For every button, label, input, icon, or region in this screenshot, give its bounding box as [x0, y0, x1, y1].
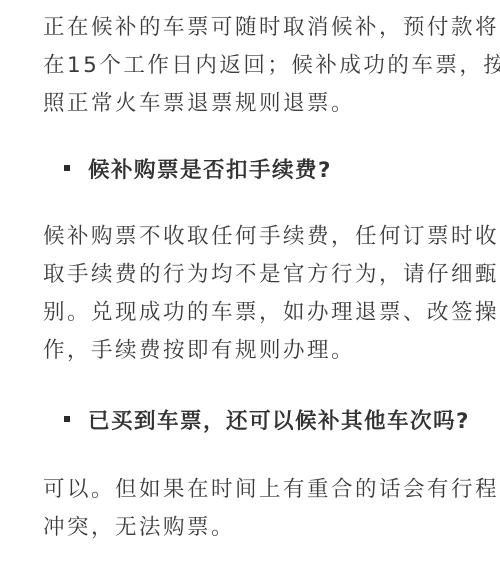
heading-text: 已买到车票，还可以候补其他车次吗? — [88, 404, 470, 435]
paragraph-line: 在15个工作日内返回；候补成功的车票，按 — [43, 47, 463, 85]
square-bullet-icon — [64, 416, 70, 422]
paragraph-line: 作，手续费按即有规则办理。 — [43, 332, 463, 370]
paragraph-line: 候补购票不收取任何手续费，任何订票时收 — [43, 218, 463, 256]
paragraph-line: 照正常火车票退票规则退票。 — [43, 85, 463, 123]
paragraph-line: 别。兑现成功的车票，如办理退票、改签操 — [43, 294, 463, 332]
heading-text: 候补购票是否扣手续费? — [88, 153, 332, 184]
paragraph-fee-answer: 候补购票不收取任何手续费，任何订票时收 取手续费的行为均不是官方行为，请仔细甄 … — [43, 218, 463, 370]
paragraph-line: 取手续费的行为均不是官方行为，请仔细甄 — [43, 256, 463, 294]
paragraph-cancel-waitlist: 正在候补的车票可随时取消候补，预付款将 在15个工作日内返回；候补成功的车票，按… — [43, 9, 463, 123]
square-bullet-icon — [64, 165, 70, 171]
section-heading-other-trains: 已买到车票，还可以候补其他车次吗? — [64, 404, 470, 434]
paragraph-line: 冲突，无法购票。 — [43, 509, 463, 547]
section-heading-fee: 候补购票是否扣手续费? — [64, 153, 332, 183]
paragraph-line: 可以。但如果在时间上有重合的话会有行程 — [43, 471, 463, 509]
paragraph-line: 正在候补的车票可随时取消候补，预付款将 — [43, 9, 463, 47]
paragraph-other-trains-answer: 可以。但如果在时间上有重合的话会有行程 冲突，无法购票。 — [43, 471, 463, 547]
